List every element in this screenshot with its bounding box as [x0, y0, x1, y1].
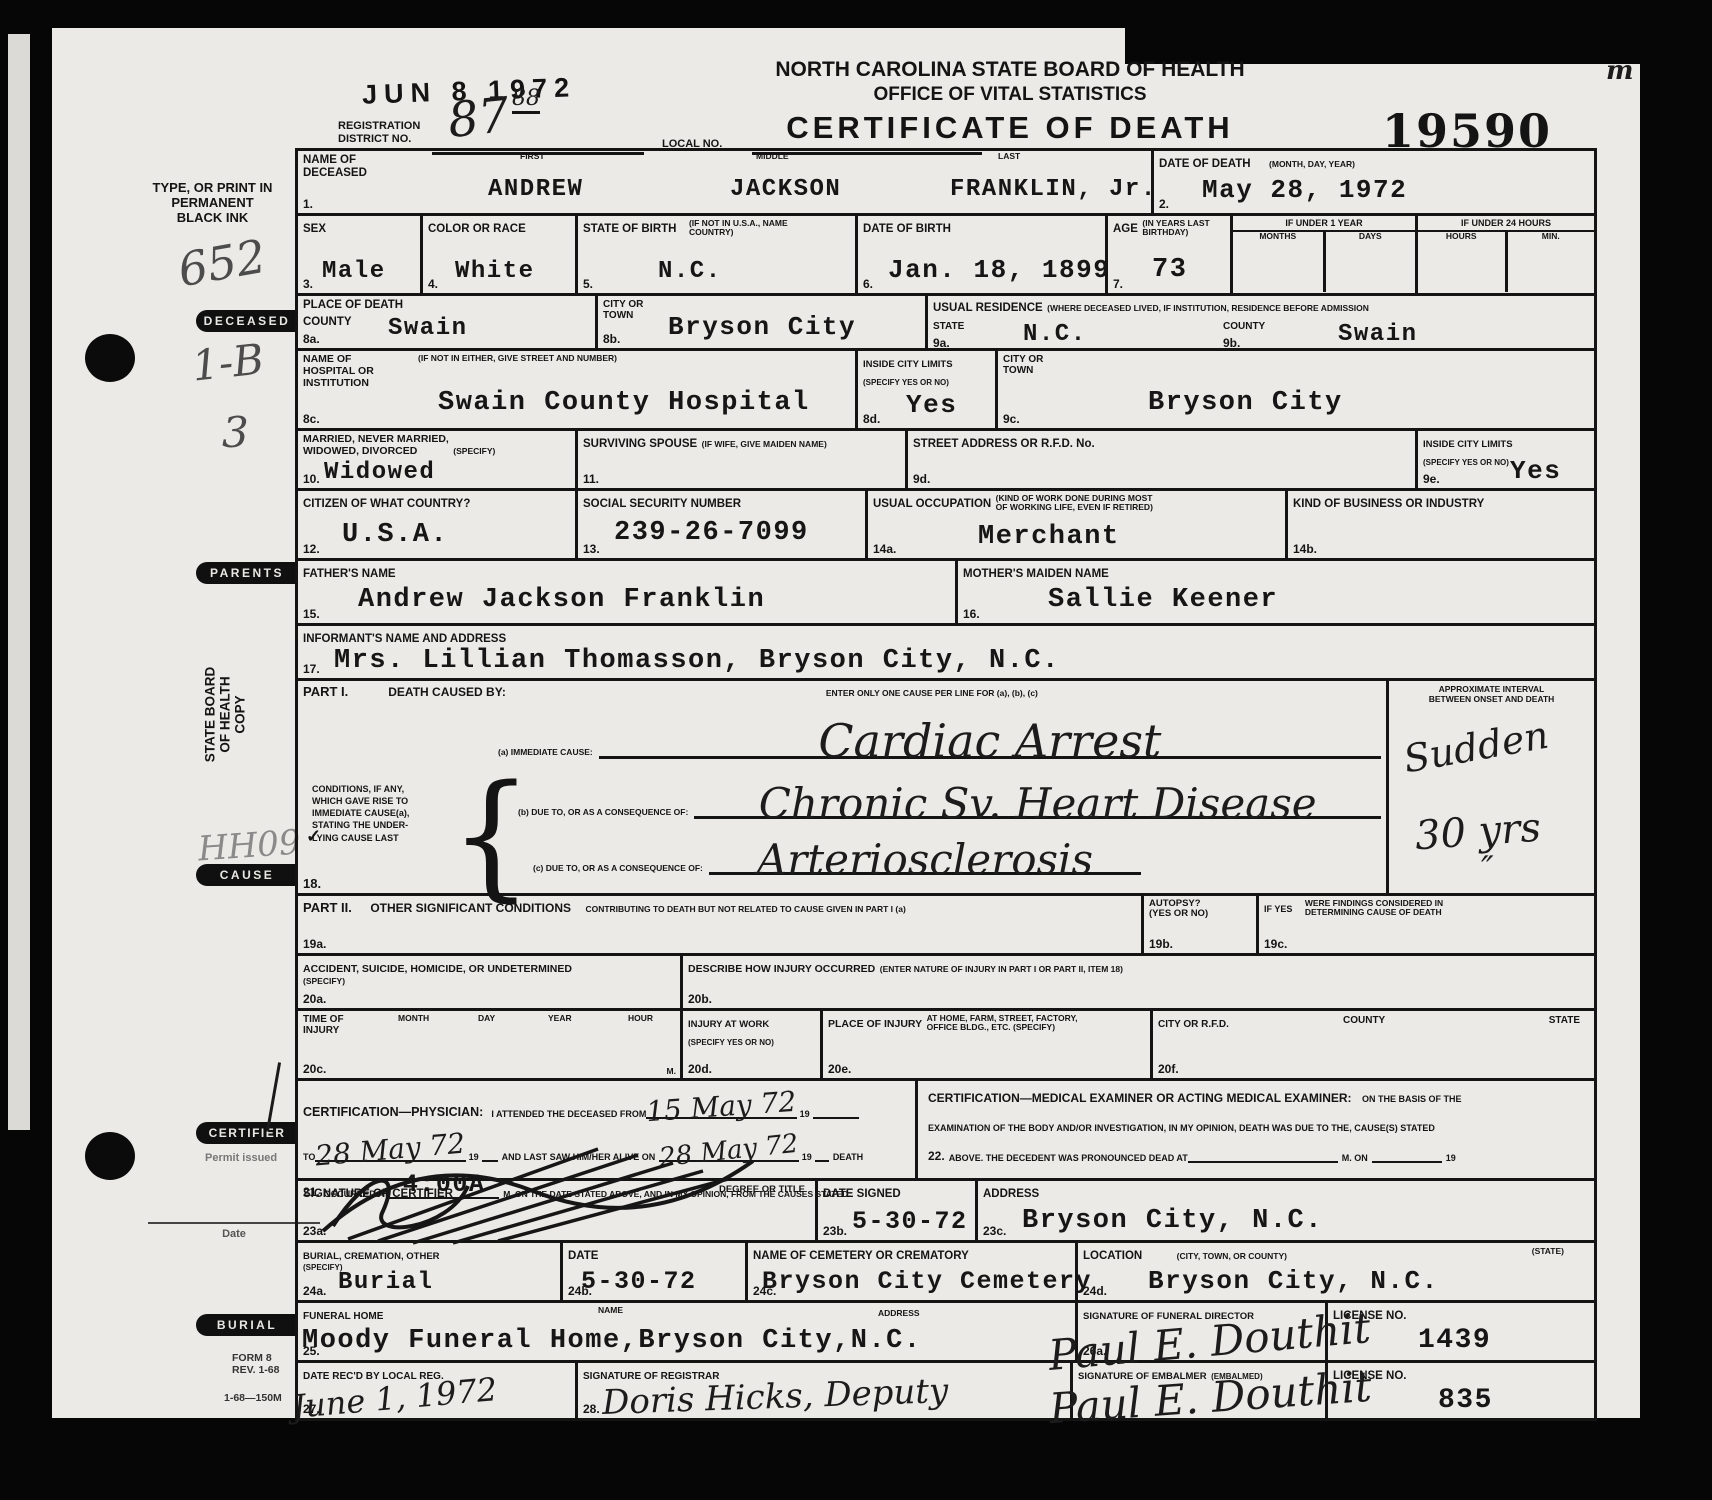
row-registrar: DATE REC'D BY LOCAL REG. June 1, 1972 27… — [298, 1363, 1594, 1418]
field-name-of-deceased: NAME OF DECEASED FIRST MIDDLE LAST ANDRE… — [298, 151, 1154, 213]
mother-label: MOTHER'S MAIDEN NAME — [963, 568, 1109, 581]
state9a-label: STATE — [933, 321, 964, 332]
funeral-home-value: Moody Funeral Home,Bryson City,N.C. — [302, 1326, 922, 1356]
cause-b-rule: Chronic Sv. Heart Disease — [694, 767, 1381, 819]
form-number: FORM 8 REV. 1-68 — [232, 1352, 279, 1376]
margin-code-1b: 1-B — [190, 334, 267, 390]
hosp-value: Swain County Hospital — [438, 388, 810, 418]
under24-columns: HOURS MIN. — [1418, 232, 1594, 292]
pronounced-date-line — [1372, 1161, 1442, 1163]
conditions-brace: { — [450, 755, 533, 915]
phys-line1: CERTIFICATION—PHYSICIAN: I ATTENDED THE … — [303, 1084, 910, 1119]
city20f-label: CITY OR R.F.D. — [1158, 1019, 1229, 1030]
scanned-death-certificate: JUN 8 1972 REGISTRATION DISTRICT NO. 87 … — [0, 0, 1712, 1500]
item-24a: 24a. — [303, 1284, 326, 1298]
registration-district-label: REGISTRATION DISTRICT NO. — [338, 120, 420, 146]
county20f-label: COUNTY — [1343, 1015, 1385, 1026]
field-business: KIND OF BUSINESS OR INDUSTRY 14b. — [1288, 491, 1594, 558]
item-18: 18. — [303, 876, 321, 891]
item-23a: 23a. — [303, 1224, 326, 1238]
hosp-sub: (IF NOT IN EITHER, GIVE STREET AND NUMBE… — [418, 354, 617, 363]
location-sub1: (CITY, TOWN, OR COUNTY) — [1177, 1252, 1287, 1261]
first-name-value: ANDREW — [488, 176, 583, 203]
father-value: Andrew Jackson Franklin — [358, 585, 765, 615]
item-8a: 8a. — [303, 332, 320, 346]
date-signed-value: 5-30-72 — [852, 1207, 968, 1236]
attended-from-value: 15 May 72 — [645, 1085, 797, 1128]
under24-hours-cell: HOURS — [1418, 232, 1508, 292]
board-title: NORTH CAROLINA STATE BOARD OF HEALTH — [700, 58, 1320, 82]
cause-a-rule: Cardiac Arrest — [599, 702, 1381, 759]
findings-label: IF YES — [1264, 904, 1292, 914]
field-cemetery: NAME OF CEMETERY OR CREMATORY Bryson Cit… — [748, 1243, 1078, 1300]
row-citizen-ssn: CITIZEN OF WHAT COUNTRY? U.S.A. 12. SOCI… — [298, 491, 1594, 561]
item-24d: 24d. — [1083, 1284, 1107, 1298]
me-19: 19 — [1446, 1153, 1456, 1163]
county8a-label: COUNTY — [303, 316, 352, 329]
field-icl-8d: INSIDE CITY LIMITS (SPECIFY YES OR NO) Y… — [858, 351, 998, 428]
tab-parents: PARENTS — [196, 562, 298, 584]
icl9e-sub: (SPECIFY YES OR NO) — [1423, 459, 1509, 468]
item-15: 15. — [303, 607, 320, 621]
year-line-c — [815, 1160, 829, 1162]
cause-c-rule: Arteriosclerosis — [709, 823, 1141, 875]
item-28: 28. — [583, 1402, 600, 1416]
sob-value: N.C. — [658, 258, 722, 285]
field-accident: ACCIDENT, SUICIDE, HOMICIDE, OR UNDETERM… — [298, 956, 683, 1008]
year-label: YEAR — [548, 1014, 572, 1023]
race-label: COLOR OR RACE — [428, 223, 526, 236]
occ-sub: (KIND OF WORK DONE DURING MOST OF WORKIN… — [996, 494, 1153, 513]
months-label: MONTHS — [1233, 232, 1323, 241]
field-autopsy: AUTOPSY? (YES OR NO) 19b. — [1144, 896, 1259, 953]
age-label: AGE — [1113, 223, 1138, 236]
me-t1: ON THE BASIS OF THE — [1362, 1094, 1462, 1104]
field-mother: MOTHER'S MAIDEN NAME Sallie Keener 16. — [958, 561, 1594, 623]
days-label: DAYS — [1326, 232, 1416, 241]
time-label: TIME OF INJURY — [303, 1014, 344, 1036]
field-part2: PART II. OTHER SIGNIFICANT CONDITIONS CO… — [298, 896, 1144, 953]
phys-title: CERTIFICATION—PHYSICIAN: — [303, 1105, 483, 1119]
cause-line-c: (c) DUE TO, OR AS A CONSEQUENCE OF: Arte… — [533, 829, 1141, 875]
row-informant: INFORMANT'S NAME AND ADDRESS Mrs. Lillia… — [298, 626, 1594, 681]
occ-label: USUAL OCCUPATION — [873, 498, 991, 511]
item-20a: 20a. — [303, 992, 326, 1006]
field-father: FATHER'S NAME Andrew Jackson Franklin 15… — [298, 561, 958, 623]
res-sub: (WHERE DECEASED LIVED, IF INSTITUTION, R… — [1047, 304, 1369, 313]
middle-header: MIDDLE — [756, 152, 789, 161]
interval-c-value: ″ — [1481, 849, 1494, 889]
field-date-of-death: DATE OF DEATH (MONTH, DAY, YEAR) May 28,… — [1154, 151, 1594, 213]
row-burial: BURIAL, CREMATION, OTHER (SPECIFY) Buria… — [298, 1243, 1594, 1303]
item-3: 3. — [303, 277, 313, 291]
item-9e: 9e. — [1423, 472, 1440, 486]
field-signature-certifier: SIGNATURE OF CERTIFIER DEGREE OR TITLE 2… — [298, 1181, 818, 1240]
cemetery-label: NAME OF CEMETERY OR CREMATORY — [753, 1250, 969, 1263]
item-9d: 9d. — [913, 472, 930, 486]
tab-burial: BURIAL — [196, 1314, 298, 1336]
item-16: 16. — [963, 607, 980, 621]
describe-label: DESCRIBE HOW INJURY OCCURRED — [688, 964, 875, 976]
marital-value: Widowed — [324, 459, 435, 486]
city8b-value: Bryson City — [668, 312, 856, 342]
cause-c-label: (c) DUE TO, OR AS A CONSEQUENCE OF: — [533, 864, 703, 875]
icl8d-value: Yes — [906, 390, 957, 420]
sob-sub: (IF NOT IN U.S.A., NAME COUNTRY) — [689, 219, 788, 238]
min-label: MIN. — [1508, 232, 1595, 241]
me-t3: ABOVE. THE DECEDENT WAS PRONOUNCED DEAD … — [949, 1153, 1188, 1163]
interval-header: APPROXIMATE INTERVAL BETWEEN ONSET AND D… — [1394, 684, 1589, 704]
work-label: INJURY AT WORK — [688, 1020, 769, 1030]
item-11: 11. — [583, 472, 599, 486]
field-under-24-hours: IF UNDER 24 HOURS HOURS MIN. — [1418, 216, 1594, 293]
me-line1: CERTIFICATION—MEDICAL EXAMINER OR ACTING… — [928, 1089, 1584, 1107]
field-date-of-birth: DATE OF BIRTH Jan. 18, 1899 6. — [858, 216, 1108, 293]
field-hospital: NAME OF HOSPITAL OR INSTITUTION (IF NOT … — [298, 351, 858, 428]
burial-date-value: 5-30-72 — [581, 1267, 697, 1296]
res-label: USUAL RESIDENCE — [933, 302, 1043, 315]
item-9a: 9a. — [933, 336, 950, 350]
burial-label: BURIAL, CREMATION, OTHER — [303, 1252, 440, 1262]
under1-columns: MONTHS DAYS — [1233, 232, 1415, 292]
print-code: 1-68—150M — [224, 1392, 282, 1404]
row-hospital: NAME OF HOSPITAL OR INSTITUTION (IF NOT … — [298, 351, 1594, 431]
last-name-value: FRANKLIN, Jr. — [950, 176, 1157, 203]
director-license-value: 1439 — [1418, 1325, 1491, 1356]
accident-label: ACCIDENT, SUICIDE, HOMICIDE, OR UNDETERM… — [303, 964, 572, 976]
item-23c: 23c. — [983, 1224, 1006, 1238]
hole-punch-top — [85, 334, 135, 382]
dob-value: Jan. 18, 1899 — [888, 255, 1110, 285]
item-9b: 9b. — [1223, 336, 1240, 350]
mother-value: Sallie Keener — [1048, 585, 1278, 615]
under24-min-cell: MIN. — [1508, 232, 1595, 292]
funeral-name-header: NAME — [598, 1306, 623, 1315]
citizen-label: CITIZEN OF WHAT COUNTRY? — [303, 498, 470, 511]
part2-head: PART II. — [303, 900, 352, 915]
field-county-of-death: PLACE OF DEATH COUNTY Swain 8a. — [298, 296, 598, 348]
field-ssn: SOCIAL SECURITY NUMBER 239-26-7099 13. — [578, 491, 868, 558]
field-street-address: STREET ADDRESS OR R.F.D. No. 9d. — [908, 431, 1418, 488]
field-injury-at-work: INJURY AT WORK (SPECIFY YES OR NO) 20d. — [683, 1011, 823, 1078]
conditions-note: CONDITIONS, IF ANY, WHICH GAVE RISE TO I… — [312, 783, 462, 844]
county9b-value: Swain — [1338, 321, 1418, 348]
field-findings: IF YES WERE FINDINGS CONSIDERED IN DETER… — [1259, 896, 1594, 953]
year-line-a — [813, 1117, 859, 1119]
field-informant: INFORMANT'S NAME AND ADDRESS Mrs. Lillia… — [298, 626, 1594, 678]
interval-a-value: Sudden — [1400, 713, 1552, 782]
row-part2: PART II. OTHER SIGNIFICANT CONDITIONS CO… — [298, 896, 1594, 956]
marital-label: MARRIED, NEVER MARRIED, WIDOWED, DIVORCE… — [303, 434, 449, 458]
middle-name-value: JACKSON — [730, 176, 841, 203]
row-cause-of-death: PART I. DEATH CAUSED BY: ENTER ONLY ONE … — [298, 681, 1594, 896]
field-describe-injury: DESCRIBE HOW INJURY OCCURRED (ENTER NATU… — [683, 956, 1594, 1008]
certificate-title: CERTIFICATE OF DEATH — [700, 110, 1320, 146]
county8a-value: Swain — [388, 315, 468, 342]
bus-label: KIND OF BUSINESS OR INDUSTRY — [1293, 498, 1484, 511]
age-value: 73 — [1152, 255, 1187, 285]
field-cemetery-location: LOCATION (CITY, TOWN, OR COUNTY) (STATE)… — [1078, 1243, 1594, 1300]
item-20c: 20c. — [303, 1062, 326, 1076]
race-value: White — [455, 258, 535, 285]
informant-label: INFORMANT'S NAME AND ADDRESS — [303, 633, 506, 646]
location-value: Bryson City, N.C. — [1148, 1266, 1439, 1296]
field-time-of-injury: TIME OF INJURY MONTH DAY YEAR HOUR M. 20… — [298, 1011, 683, 1078]
part2-note: CONTRIBUTING TO DEATH BUT NOT RELATED TO… — [585, 905, 905, 914]
field-sex: SEX Male 3. — [298, 216, 423, 293]
icl8d-label: INSIDE CITY LIMITS — [863, 360, 953, 370]
row-injury-details: TIME OF INJURY MONTH DAY YEAR HOUR M. 20… — [298, 1011, 1594, 1081]
item-24c: 24c. — [753, 1284, 776, 1298]
dod-value: May 28, 1972 — [1202, 175, 1407, 205]
item-8d: 8d. — [863, 412, 880, 426]
me-title: CERTIFICATION—MEDICAL EXAMINER OR ACTING… — [928, 1091, 1352, 1105]
first-header: FIRST — [520, 152, 545, 161]
citizen-value: U.S.A. — [342, 520, 448, 550]
field-burial-type: BURIAL, CREMATION, OTHER (SPECIFY) Buria… — [298, 1243, 563, 1300]
row-sex-race-birth: SEX Male 3. COLOR OR RACE White 4. STATE… — [298, 216, 1594, 296]
icl9e-label: INSIDE CITY LIMITS — [1423, 440, 1513, 450]
address-value: Bryson City, N.C. — [1022, 1206, 1323, 1236]
row-name: NAME OF DECEASED FIRST MIDDLE LAST ANDRE… — [298, 151, 1594, 216]
item-9c: 9c. — [1003, 412, 1020, 426]
cause-c-value: Arteriosclerosis — [757, 835, 1093, 884]
place-label: PLACE OF INJURY — [828, 1019, 922, 1031]
residence-header: USUAL RESIDENCE (WHERE DECEASED LIVED, I… — [928, 296, 1594, 316]
field-citizen: CITIZEN OF WHAT COUNTRY? U.S.A. 12. — [298, 491, 578, 558]
month-label: MONTH — [398, 1014, 429, 1023]
part1-caused-by: DEATH CAUSED BY: — [388, 685, 506, 699]
row-funeral-home: FUNERAL HOME NAME ADDRESS Moody Funeral … — [298, 1303, 1594, 1363]
m-label: M. — [667, 1067, 676, 1076]
field-residence-city: CITY OR TOWN Bryson City 9c. — [998, 351, 1594, 428]
field-race: COLOR OR RACE White 4. — [423, 216, 578, 293]
field-registrar-signature: SIGNATURE OF REGISTRAR Doris Hicks, Depu… — [578, 1363, 1073, 1418]
burial-value: Burial — [338, 1269, 433, 1296]
margin-code-3: 3 — [222, 408, 249, 457]
hosp-label: NAME OF HOSPITAL OR INSTITUTION — [303, 354, 374, 389]
address-label: ADDRESS — [983, 1188, 1039, 1201]
me-t2: EXAMINATION OF THE BODY AND/OR INVESTIGA… — [928, 1123, 1584, 1133]
field-certification-medical-examiner: CERTIFICATION—MEDICAL EXAMINER OR ACTING… — [918, 1081, 1594, 1178]
item-13: 13. — [583, 542, 600, 556]
item-22: 22. — [928, 1149, 945, 1163]
row-marital: MARRIED, NEVER MARRIED, WIDOWED, DIVORCE… — [298, 431, 1594, 491]
under1-header: IF UNDER 1 YEAR — [1233, 216, 1415, 232]
city9c-label: CITY OR TOWN — [1003, 354, 1043, 376]
row-accident: ACCIDENT, SUICIDE, HOMICIDE, OR UNDETERM… — [298, 956, 1594, 1011]
field-funeral-director-signature: SIGNATURE OF FUNERAL DIRECTOR Paul E. Do… — [1078, 1303, 1328, 1360]
last-header: LAST — [998, 152, 1020, 161]
certifier-signature-scribble — [308, 1131, 768, 1246]
city9c-value: Bryson City — [1148, 388, 1343, 418]
item-25: 25. — [303, 1344, 320, 1358]
registration-district-sup: 88 — [512, 86, 540, 114]
item-2: 2. — [1159, 197, 1169, 211]
embalmer-license-value: 835 — [1438, 1385, 1493, 1416]
phys-death: DEATH — [833, 1152, 863, 1162]
form-header: NORTH CAROLINA STATE BOARD OF HEALTH OFF… — [700, 58, 1320, 146]
margin-code-hh09: HH09 — [197, 822, 302, 869]
spouse-sub: (IF WIFE, GIVE MAIDEN NAME) — [702, 440, 827, 449]
dod-label: DATE OF DEATH — [1159, 158, 1251, 171]
street-label: STREET ADDRESS OR R.F.D. No. — [913, 438, 1095, 451]
phys-19c: 19 — [802, 1152, 812, 1162]
part2-label: OTHER SIGNIFICANT CONDITIONS — [370, 901, 571, 915]
field-surviving-spouse: SURVIVING SPOUSE (IF WIFE, GIVE MAIDEN N… — [578, 431, 908, 488]
day-label: DAY — [478, 1014, 495, 1023]
under1-days-cell: DAYS — [1326, 232, 1416, 292]
date-rule-label: Date — [222, 1228, 246, 1240]
item-10: 10. — [303, 472, 320, 486]
hours-label: HOURS — [1418, 232, 1505, 241]
hole-punch-bottom — [85, 1132, 135, 1180]
tab-deceased: DECEASED — [196, 310, 298, 332]
part1-note: ENTER ONLY ONE CAUSE PER LINE FOR (a), (… — [826, 689, 1038, 698]
office-title: OFFICE OF VITAL STATISTICS — [700, 84, 1320, 106]
name-label: NAME OF DECEASED — [303, 154, 367, 180]
sex-label: SEX — [303, 223, 326, 236]
state9a-value: N.C. — [1023, 321, 1087, 348]
certificate-form: NAME OF DECEASED FIRST MIDDLE LAST ANDRE… — [295, 148, 1597, 1421]
field-marital-status: MARRIED, NEVER MARRIED, WIDOWED, DIVORCE… — [298, 431, 578, 488]
row-place-residence: PLACE OF DEATH COUNTY Swain 8a. CITY OR … — [298, 296, 1594, 351]
tab-cause: CAUSE — [196, 864, 298, 886]
tab-certifier: CERTIFIER — [196, 1122, 298, 1144]
pronounced-line — [1188, 1161, 1338, 1163]
burial-date-label: DATE — [568, 1250, 598, 1263]
date-signed-label: DATE SIGNED — [823, 1188, 901, 1201]
item-20d: 20d. — [688, 1062, 712, 1076]
field-residence-county: COUNTY Swain 9b. — [1218, 316, 1594, 352]
row-signature: SIGNATURE OF CERTIFIER DEGREE OR TITLE 2… — [298, 1181, 1594, 1243]
attended-from-line: 15 May 72 — [646, 1084, 796, 1119]
pod-label: PLACE OF DEATH — [303, 299, 590, 312]
item-7: 7. — [1113, 277, 1123, 291]
item-6: 6. — [863, 277, 873, 291]
spouse-label: SURVIVING SPOUSE — [583, 438, 697, 451]
location-label: LOCATION — [1083, 1250, 1142, 1263]
funeral-home-label: FUNERAL HOME — [303, 1311, 383, 1322]
cause-a-value: Cardiac Arrest — [818, 714, 1161, 768]
icl8d-sub: (SPECIFY YES OR NO) — [863, 379, 949, 388]
item-20e: 20e. — [828, 1062, 851, 1076]
item-20f: 20f. — [1158, 1062, 1179, 1076]
age-sub: (IN YEARS LAST BIRTHDAY) — [1142, 219, 1209, 238]
item-8b: 8b. — [603, 332, 620, 346]
item-19c: 19c. — [1264, 937, 1287, 951]
describe-note: (ENTER NATURE OF INJURY IN PART I OR PAR… — [880, 965, 1123, 974]
occ-value: Merchant — [978, 522, 1120, 552]
field-injury-location: CITY OR R.F.D. COUNTY STATE 20f. — [1153, 1011, 1594, 1078]
field-city-of-death: CITY OR TOWN Bryson City 8b. — [598, 296, 928, 348]
item-23b: 23b. — [823, 1224, 847, 1238]
field-residence-state: STATE N.C. 9a. — [928, 316, 1218, 352]
row-parents: FATHER'S NAME Andrew Jackson Franklin 15… — [298, 561, 1594, 626]
father-label: FATHER'S NAME — [303, 568, 396, 581]
item-8c: 8c. — [303, 412, 320, 426]
item-27: 27. — [303, 1402, 320, 1416]
work-sub: (SPECIFY YES OR NO) — [688, 1039, 774, 1048]
ink-instruction: TYPE, OR PRINT IN PERMANENT BLACK INK — [120, 180, 305, 225]
cause-b-label: (b) DUE TO, OR AS A CONSEQUENCE OF: — [518, 808, 688, 819]
cause-b-value: Chronic Sv. Heart Disease — [759, 779, 1317, 828]
cause-line-b: (b) DUE TO, OR AS A CONSEQUENCE OF: Chro… — [518, 773, 1381, 819]
copy-designation: STATE BOARD OF HEALTH COPY — [203, 630, 248, 800]
funeral-address-header: ADDRESS — [878, 1309, 920, 1318]
field-occupation: USUAL OCCUPATION (KIND OF WORK DONE DURI… — [868, 491, 1288, 558]
item-17: 17. — [303, 662, 320, 676]
field-age: AGE (IN YEARS LAST BIRTHDAY) 73 7. — [1108, 216, 1233, 293]
item-5: 5. — [583, 277, 593, 291]
item-1: 1. — [303, 197, 313, 211]
field-certifier-address: ADDRESS Bryson City, N.C. 23c. — [978, 1181, 1594, 1240]
accident-sub: (SPECIFY) — [303, 977, 675, 986]
field-funeral-home: FUNERAL HOME NAME ADDRESS Moody Funeral … — [298, 1303, 1078, 1360]
dod-sub: (MONTH, DAY, YEAR) — [1269, 160, 1355, 169]
interval-b-value: 30 yrs — [1414, 805, 1543, 860]
under24-header: IF UNDER 24 HOURS — [1418, 216, 1594, 232]
under1-months-cell: MONTHS — [1233, 232, 1326, 292]
part1-header: PART I. DEATH CAUSED BY: ENTER ONLY ONE … — [303, 684, 1381, 699]
registration-district-value: 87 — [445, 87, 512, 149]
cemetery-value: Bryson City Cemetery — [762, 1267, 1092, 1296]
item-4: 4. — [428, 277, 438, 291]
field-burial-date: DATE 5-30-72 24b. — [563, 1243, 748, 1300]
me-line3: 22. ABOVE. THE DECEDENT WAS PRONOUNCED D… — [928, 1149, 1584, 1163]
item-20b: 20b. — [688, 992, 712, 1006]
marital-sub: (SPECIFY) — [453, 447, 495, 456]
item-14a: 14a. — [873, 542, 896, 556]
scan-edge-sliver — [8, 34, 30, 1130]
city8b-label: CITY OR TOWN — [603, 299, 643, 321]
field-usual-residence: USUAL RESIDENCE (WHERE DECEASED LIVED, I… — [928, 296, 1594, 348]
corner-handwritten-mark: m — [1606, 56, 1634, 86]
part1-head: PART I. — [303, 684, 348, 699]
field-date-signed: DATE SIGNED 5-30-72 23b. — [818, 1181, 978, 1240]
sex-value: Male — [322, 258, 386, 285]
location-sub2: (STATE) — [1532, 1247, 1564, 1256]
permit-issued-label: Permit issued — [205, 1152, 277, 1164]
phys-t1: I ATTENDED THE DECEASED FROM — [491, 1109, 646, 1119]
autopsy-label: AUTOPSY? (YES OR NO) — [1149, 899, 1208, 920]
field-part1: PART I. DEATH CAUSED BY: ENTER ONLY ONE … — [298, 681, 1389, 893]
ssn-label: SOCIAL SECURITY NUMBER — [583, 498, 741, 511]
field-interval: APPROXIMATE INTERVAL BETWEEN ONSET AND D… — [1389, 681, 1594, 893]
residence-columns: STATE N.C. 9a. COUNTY Swain 9b. — [928, 316, 1594, 352]
sob-label: STATE OF BIRTH — [583, 223, 676, 236]
item-14b: 14b. — [1293, 542, 1317, 556]
hour-label: HOUR — [628, 1014, 653, 1023]
dob-label: DATE OF BIRTH — [863, 223, 951, 236]
me-m-on: M. ON — [1342, 1153, 1368, 1163]
item-19b: 19b. — [1149, 937, 1173, 951]
field-place-of-injury: PLACE OF INJURY AT HOME, FARM, STREET, F… — [823, 1011, 1153, 1078]
cause-line-a: (a) IMMEDIATE CAUSE: Cardiac Arrest — [498, 713, 1381, 759]
state20f-label: STATE — [1549, 1015, 1580, 1026]
item-12: 12. — [303, 542, 320, 556]
scan-top-right-shadow — [1125, 0, 1640, 64]
field-icl-9e: INSIDE CITY LIMITS (SPECIFY YES OR NO) Y… — [1418, 431, 1594, 488]
county9b-label: COUNTY — [1223, 321, 1265, 332]
phys-19a: 19 — [800, 1109, 810, 1119]
field-date-received: DATE REC'D BY LOCAL REG. June 1, 1972 27… — [298, 1363, 578, 1418]
field-under-1-year: IF UNDER 1 YEAR MONTHS DAYS — [1233, 216, 1418, 293]
informant-value: Mrs. Lillian Thomasson, Bryson City, N.C… — [334, 646, 1060, 676]
place-sub: AT HOME, FARM, STREET, FACTORY, OFFICE B… — [927, 1014, 1078, 1033]
item-24b: 24b. — [568, 1284, 592, 1298]
icl9e-value: Yes — [1510, 456, 1561, 486]
